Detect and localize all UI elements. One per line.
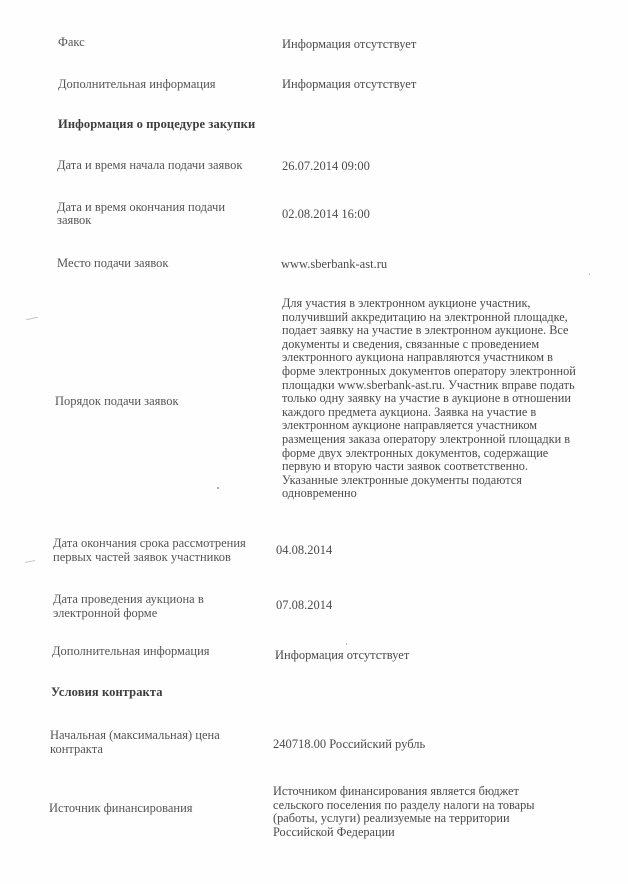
funding-line: сельского поселения по разделу налоги на… (273, 799, 613, 813)
procedure-line: одновременно (282, 487, 612, 501)
auction-date-label-line2: электронной форме (53, 606, 157, 620)
application-place-label: Место подачи заявок (57, 256, 169, 270)
procedure-additional-info-value: Информация отсутствует (275, 648, 409, 662)
review-end-value: 04.08.2014 (276, 543, 332, 557)
scan-artifact (26, 317, 38, 320)
procedure-line: первую и вторую части заявок соответстве… (282, 460, 612, 474)
section-title-procedure: Информация о процедуре закупки (58, 117, 255, 131)
procedure-line: Для участия в электронном аукционе участ… (282, 297, 612, 311)
funding-line: Источником финансирования является бюдже… (273, 785, 613, 799)
procedure-line: только одну заявку на участие в аукционе… (282, 392, 612, 406)
scan-speck (589, 273, 590, 275)
fax-label: Факс (58, 35, 85, 49)
initial-price-label-line1: Начальная (максимальная) цена (50, 728, 220, 742)
procedure-line: Указанные электронные документы подаются (282, 474, 612, 488)
scan-speck (346, 643, 347, 645)
scan-speck (217, 487, 219, 489)
funding-line: Российской Федерации (273, 826, 613, 840)
procedure-line: форме электронных документов оператору э… (282, 365, 612, 379)
funding-source-text: Источником финансирования является бюдже… (273, 785, 613, 839)
initial-price-value: 240718.00 Российский рубль (273, 737, 425, 751)
application-end-value: 02.08.2014 16:00 (282, 207, 370, 221)
funding-line: (работы, услуги) реализуемые на территор… (273, 812, 613, 826)
procedure-line: площадки www.sberbank-ast.ru. Участник в… (282, 379, 612, 393)
procedure-additional-info-label: Дополнительная информация (52, 644, 210, 658)
application-procedure-label: Порядок подачи заявок (55, 394, 179, 408)
procedure-line: электронного аукциона направляются участ… (282, 351, 612, 365)
review-end-label-line1: Дата окончания срока рассмотрения (53, 536, 246, 550)
auction-date-label-line1: Дата проведения аукциона в (53, 592, 204, 606)
application-start-label: Дата и время начала подачи заявок (57, 158, 242, 172)
procedure-line: размещения заказа оператору электронной … (282, 433, 612, 447)
auction-date-value: 07.08.2014 (276, 598, 332, 612)
application-place-value: www.sberbank-ast.ru (281, 257, 387, 271)
application-end-label-line1: Дата и время окончания подачи (57, 200, 225, 214)
application-start-value: 26.07.2014 09:00 (282, 159, 370, 173)
initial-price-label-line2: контракта (50, 742, 103, 756)
funding-source-label: Источник финансирования (49, 801, 193, 815)
section-title-contract: Условия контракта (51, 685, 163, 699)
application-procedure-text: Для участия в электронном аукционе участ… (282, 297, 612, 501)
review-end-label-line2: первых частей заявок участников (53, 550, 231, 564)
scan-artifact (25, 560, 35, 563)
procedure-line: подает заявку на участие в электронном а… (282, 324, 612, 338)
procedure-line: каждого предмета аукциона. Заявка на уча… (282, 406, 612, 420)
procedure-line: получивший аккредитацию на электронной п… (282, 311, 612, 325)
fax-value: Информация отсутствует (282, 37, 416, 51)
procedure-line: электронном аукционе направляется участн… (282, 419, 612, 433)
procedure-line: документы и сведения, связанные с провед… (282, 338, 612, 352)
procedure-line: форме двух электронных документов, содер… (282, 447, 612, 461)
scanned-document-page: Факс Информация отсутствует Дополнительн… (0, 0, 628, 884)
additional-info-label: Дополнительная информация (58, 77, 216, 91)
application-end-label-line2: заявок (57, 213, 91, 227)
additional-info-value: Информация отсутствует (282, 77, 416, 91)
